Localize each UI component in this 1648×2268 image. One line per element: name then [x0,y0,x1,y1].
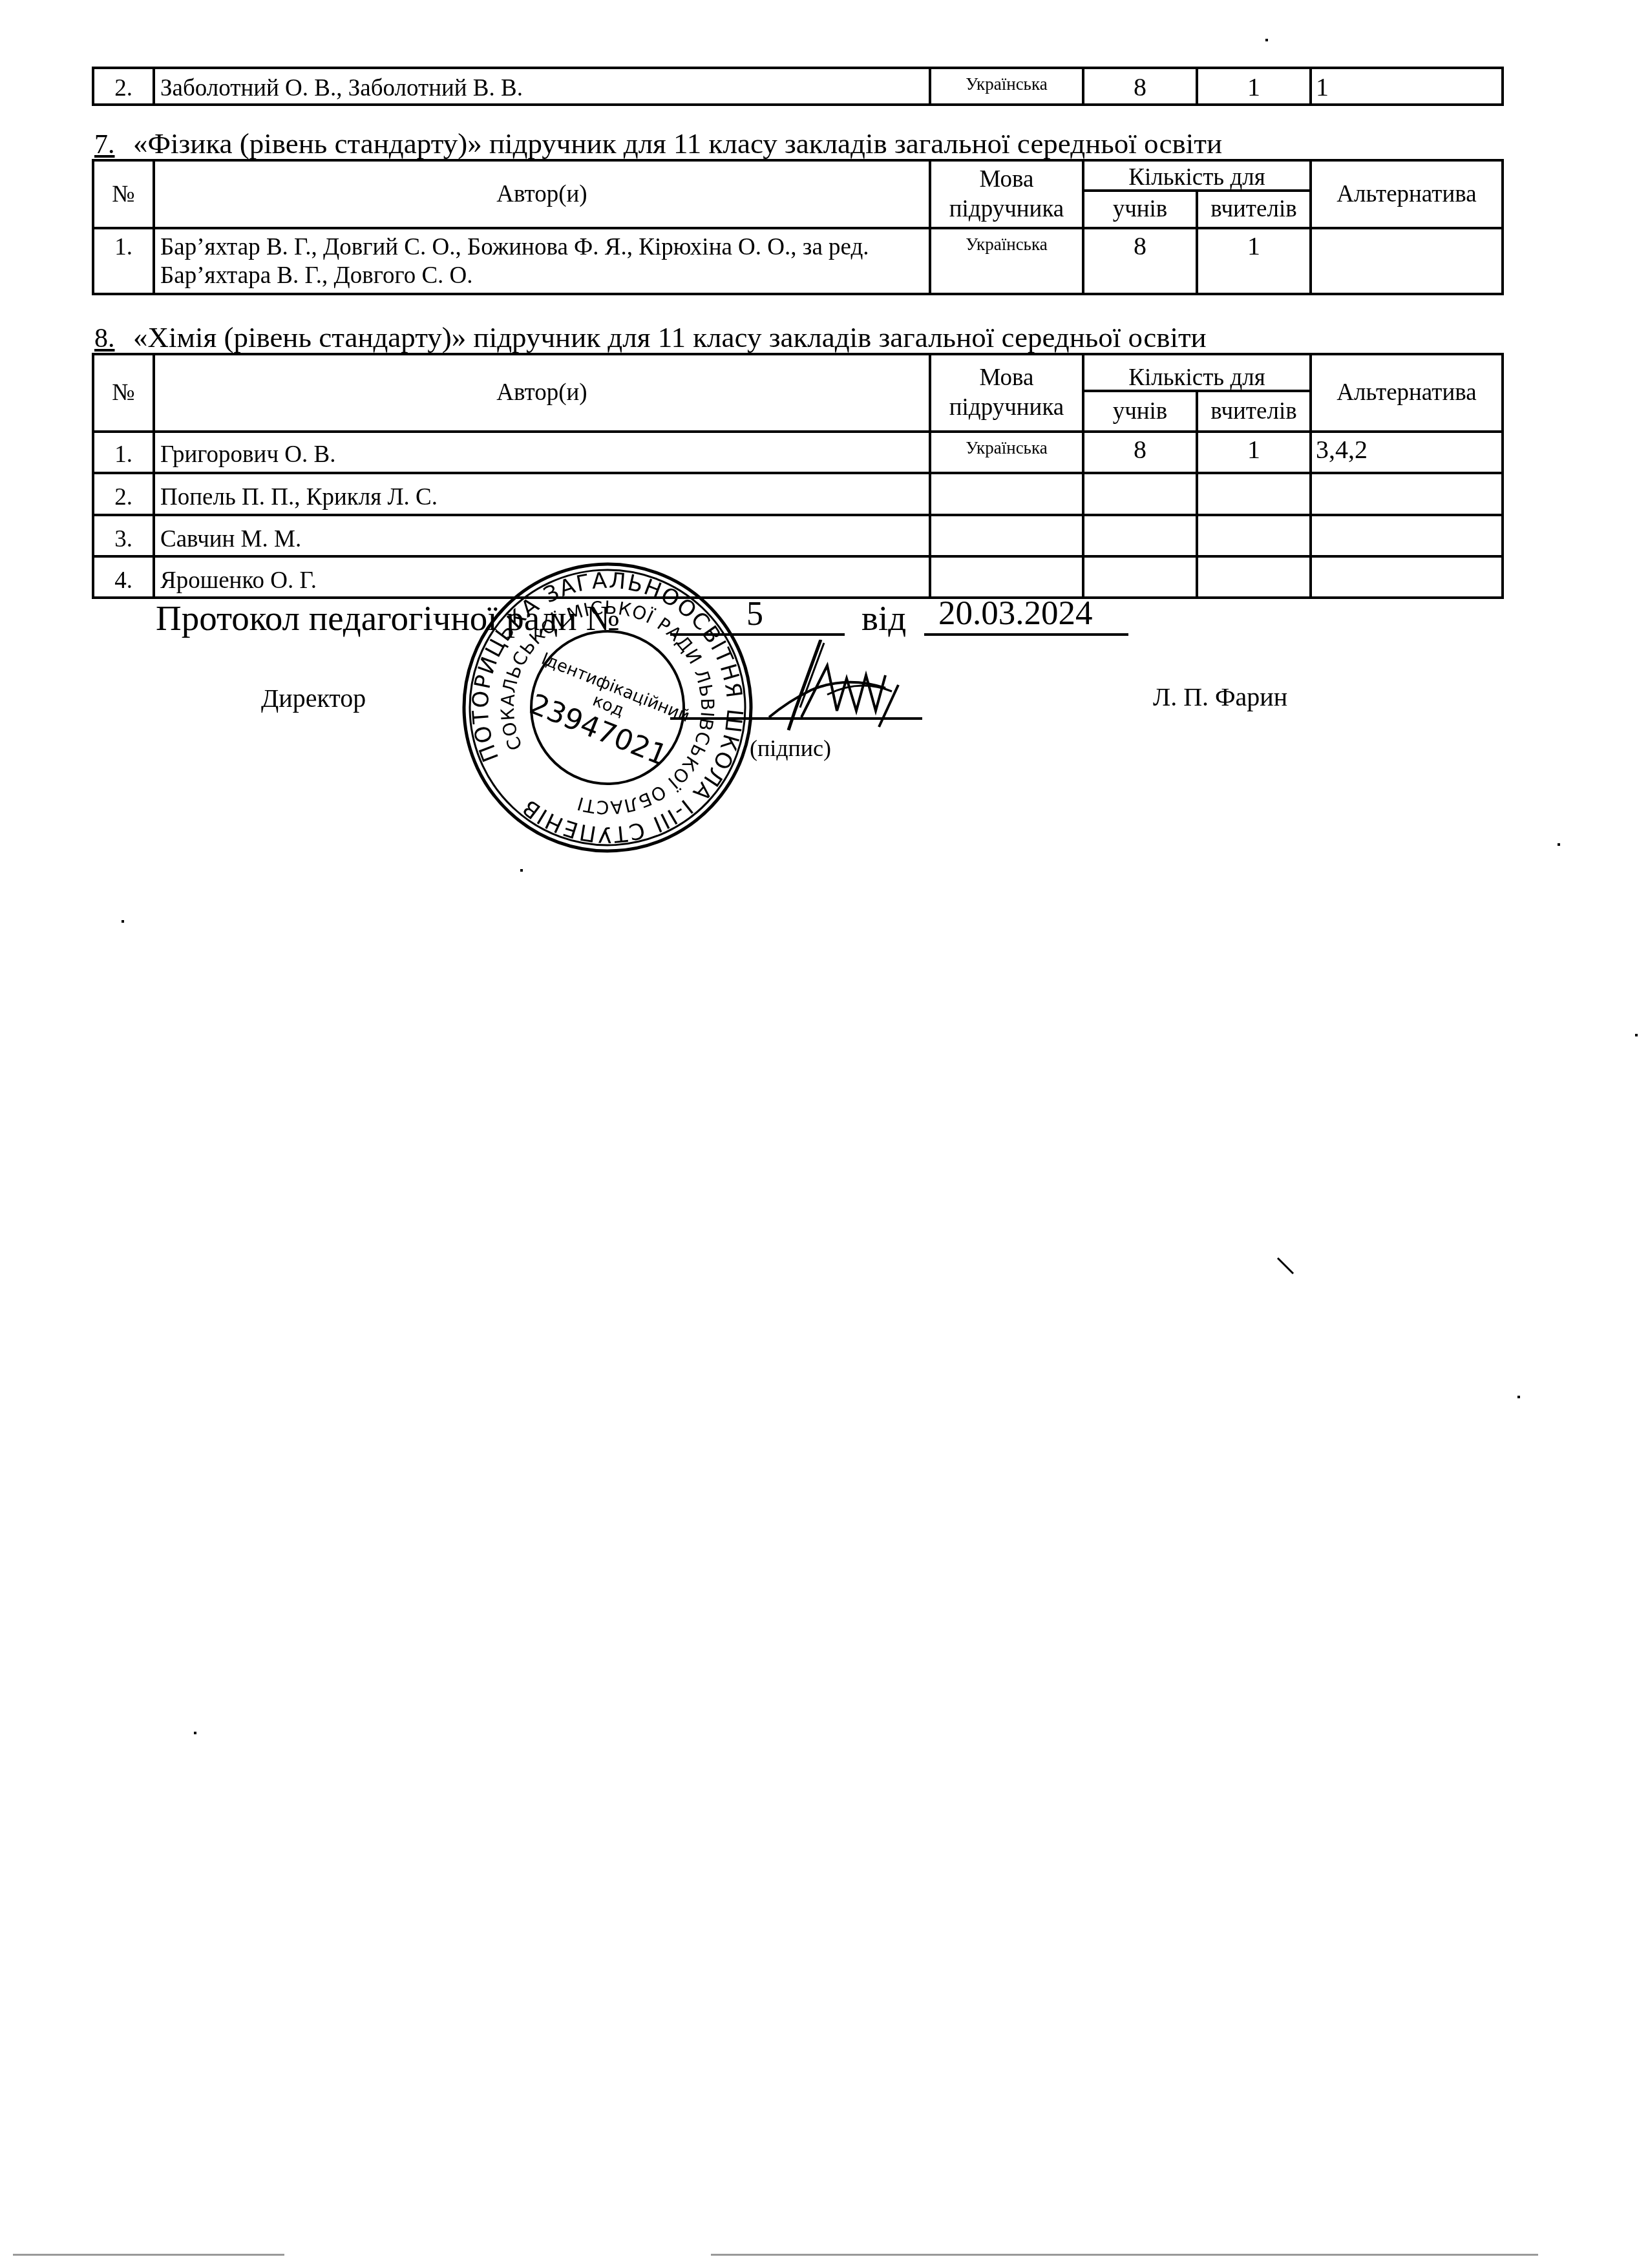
row-number: 4. [93,556,154,598]
row-number: 3. [93,515,154,556]
language-cell [930,556,1083,598]
alternative-cell: 3,4,2 [1311,432,1503,473]
header-alternative: Альтернатива [1311,354,1503,432]
teachers-count [1197,515,1311,556]
header-number: № [93,160,154,228]
header-number: № [93,354,154,432]
section-title: «Хімія (рівень стандарту)» підручник для… [133,321,1207,353]
authors-cell: Заболотний О. В., Заболотний В. В. [154,68,930,105]
alternative-cell [1311,556,1503,598]
header-language-line1: Мова [931,165,1082,194]
header-quantity: Кількість для [1083,354,1311,391]
scan-speck [1635,1034,1638,1036]
scan-speck [1517,1396,1520,1398]
chemistry-textbook-table: № Автор(и) Мова підручника Кількість для… [92,353,1504,599]
row-number: 1. [93,432,154,473]
row-number: 2. [93,68,154,105]
signature-scribble-icon [750,640,944,737]
alternative-cell [1311,228,1503,294]
header-authors: Автор(и) [154,160,930,228]
header-language-line2: підручника [931,194,1082,224]
header-authors: Автор(и) [154,354,930,432]
header-alternative: Альтернатива [1311,160,1503,228]
section-7-heading: 7.«Фізика (рівень стандарту)» підручник … [94,127,1222,160]
header-quantity: Кількість для [1083,160,1311,191]
scan-speck [520,869,523,872]
header-students: учнів [1083,191,1197,228]
students-count: 8 [1083,432,1197,473]
language-cell [930,515,1083,556]
table-row: 4. Ярошенко О. Г. [93,556,1503,598]
scan-speck [194,1732,196,1734]
teachers-count: 1 [1197,228,1311,294]
date-label: від [861,598,906,638]
header-language-line2: підручника [931,393,1082,423]
protocol-date: 20.03.2024 [938,594,1093,633]
header-language-line1: Мова [931,363,1082,393]
date-underline [924,633,1128,636]
students-count [1083,515,1197,556]
students-count [1083,556,1197,598]
language-cell: Українська [930,68,1083,105]
scan-edge-artifact [711,2254,1538,2256]
row-number: 1. [93,228,154,294]
language-cell [930,473,1083,515]
physics-textbook-table: № Автор(и) Мова підручника Кількість для… [92,159,1504,295]
table-row: 1. Григорович О. В. Українська 8 1 3,4,2 [93,432,1503,473]
alternative-cell [1311,515,1503,556]
authors-cell: Бар’яхтар В. Г., Довгий С. О., Божинова … [154,228,930,294]
students-count: 8 [1083,68,1197,105]
header-language: Мова підручника [930,160,1083,228]
students-count [1083,473,1197,515]
students-count: 8 [1083,228,1197,294]
row-number: 2. [93,473,154,515]
scan-speck [1558,843,1560,846]
authors-cell: Попель П. П., Крикля Л. С. [154,473,930,515]
header-language: Мова підручника [930,354,1083,432]
school-stamp-icon: ПОТОРИЦЬКА ЗАГАЛЬНООСВІТНЯ ШКОЛА I-III С… [459,559,756,856]
teachers-count: 1 [1197,432,1311,473]
header-teachers: вчителів [1197,191,1311,228]
table-row: 2. Попель П. П., Крикля Л. С. [93,473,1503,515]
authors-cell: Григорович О. В. [154,432,930,473]
section-number: 8. [94,323,133,354]
scan-edge-artifact [13,2254,284,2256]
section-8-heading: 8.«Хімія (рівень стандарту)» підручник д… [94,320,1207,354]
director-name: Л. П. Фарин [1153,682,1287,712]
authors-cell: Савчин М. М. [154,515,930,556]
teachers-count [1197,473,1311,515]
position-title: Директор [261,683,366,713]
scan-stroke [1276,1257,1296,1276]
teachers-count [1197,556,1311,598]
scan-speck [121,920,124,923]
section-number: 7. [94,129,133,160]
alternative-cell [1311,473,1503,515]
table-row: 3. Савчин М. М. [93,515,1503,556]
table-row: 1. Бар’яхтар В. Г., Довгий С. О., Божино… [93,228,1503,294]
signature-caption: (підпис) [750,735,831,762]
language-cell: Українська [930,432,1083,473]
header-teachers: вчителів [1197,391,1311,432]
previous-table: 2. Заболотний О. В., Заболотний В. В. Ук… [92,67,1504,106]
language-cell: Українська [930,228,1083,294]
alternative-cell: 1 [1311,68,1503,105]
table-row: 2. Заболотний О. В., Заболотний В. В. Ук… [93,68,1503,105]
header-students: учнів [1083,391,1197,432]
teachers-count: 1 [1197,68,1311,105]
scan-speck [1265,39,1268,41]
section-title: «Фізика (рівень стандарту)» підручник дл… [133,127,1222,160]
